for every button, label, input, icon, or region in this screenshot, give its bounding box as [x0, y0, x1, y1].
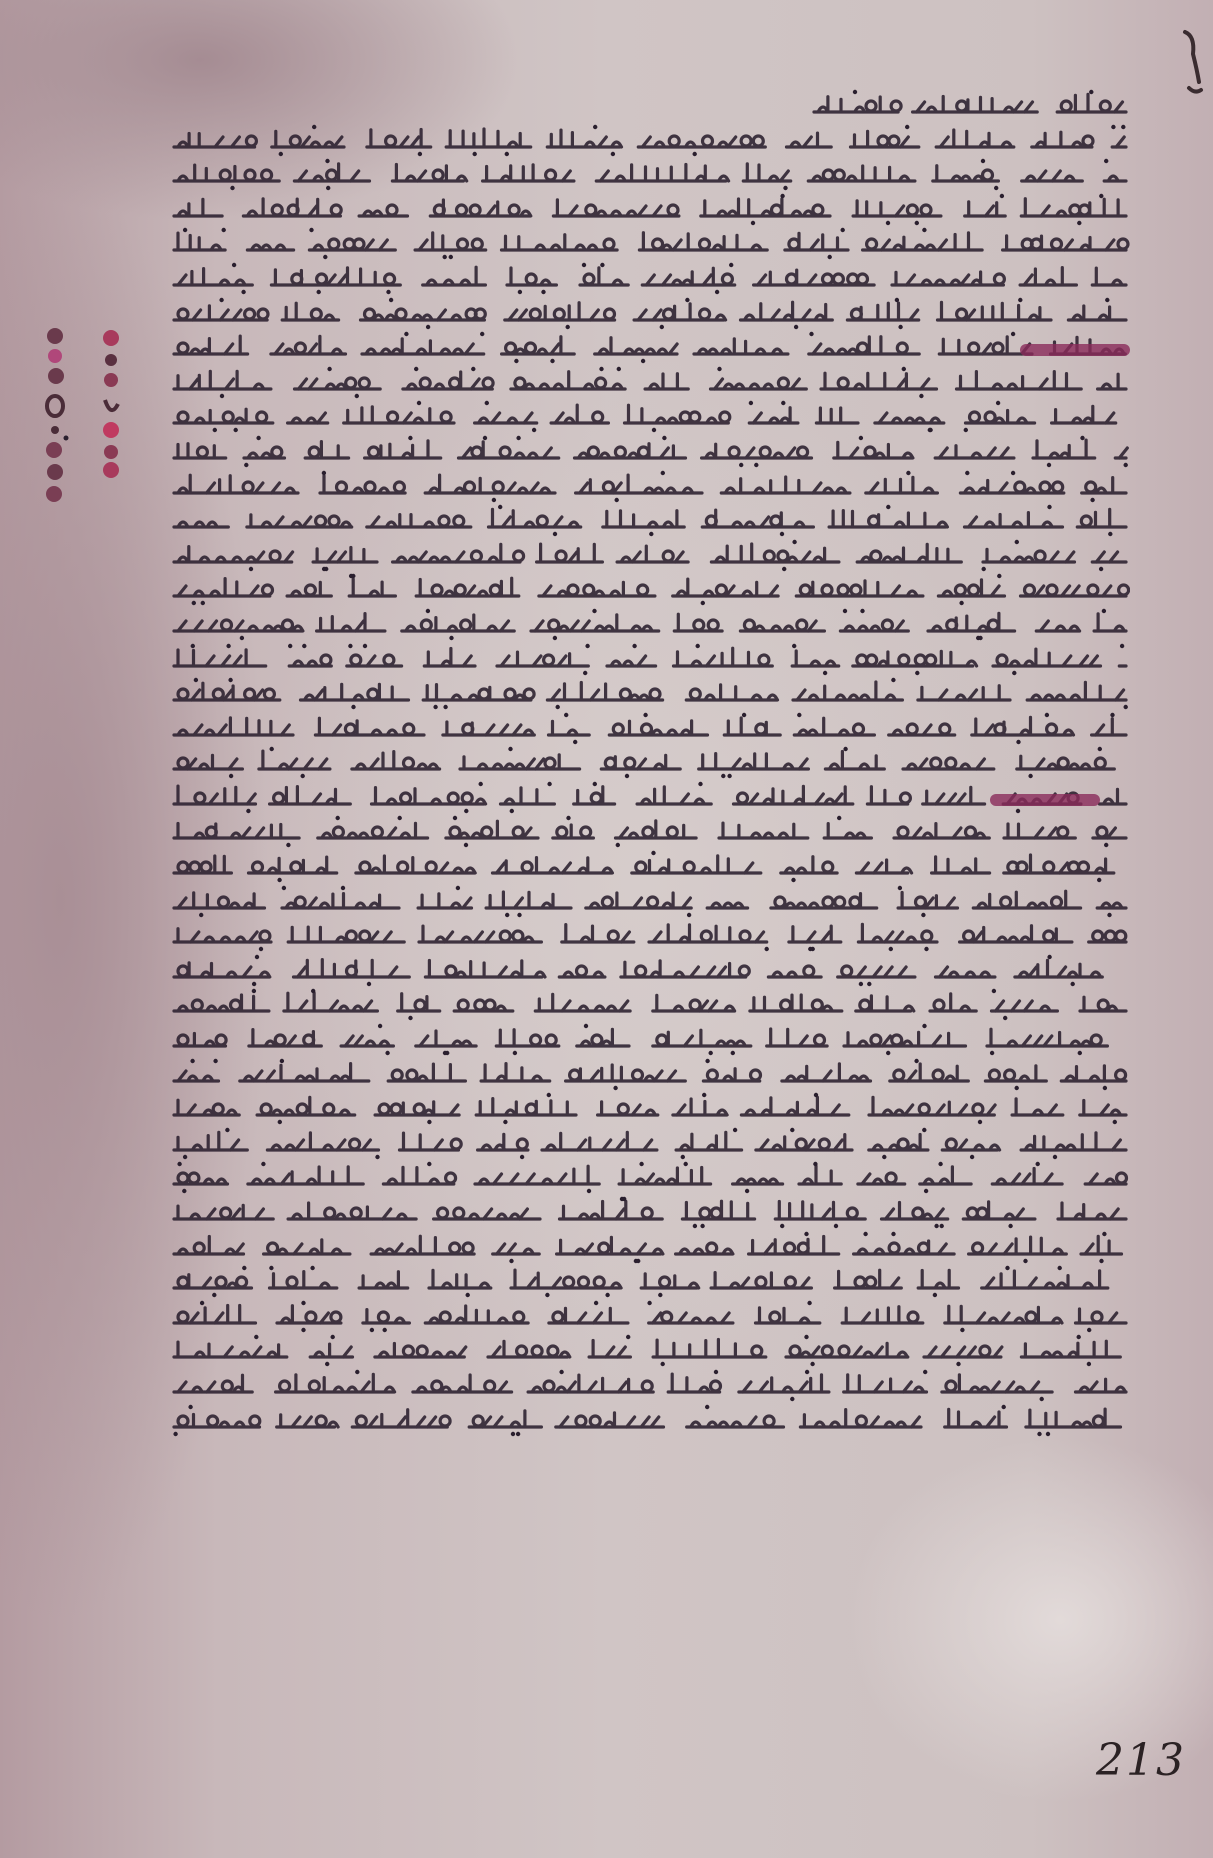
script-line [170, 884, 1130, 919]
script-glyphs [170, 261, 1130, 295]
script-line [170, 503, 1130, 538]
script-line [170, 538, 1130, 573]
script-line [170, 469, 1130, 504]
script-line [170, 1403, 1130, 1438]
script-glyphs [170, 365, 1130, 399]
script-line [170, 399, 1130, 434]
script-glyphs [170, 1160, 1130, 1194]
script-line [170, 123, 1130, 158]
marginal-note-right [96, 318, 126, 518]
script-glyphs [170, 918, 1130, 952]
script-glyphs [170, 1403, 1130, 1437]
script-line [170, 226, 1130, 261]
script-glyphs [170, 1022, 1130, 1056]
script-line [170, 1299, 1130, 1334]
script-glyphs [170, 1230, 1130, 1264]
script-glyphs [170, 1333, 1130, 1367]
script-glyphs [170, 226, 1130, 260]
folio-number: 213 [1096, 1735, 1186, 1786]
script-line [170, 953, 1130, 988]
script-line [170, 330, 1130, 365]
rubric-mark [1020, 344, 1130, 356]
script-glyphs [170, 157, 1130, 191]
script-line [170, 296, 1130, 331]
script-glyphs [170, 434, 1130, 468]
script-line [170, 434, 1130, 469]
script-glyphs [170, 1299, 1130, 1333]
script-line [170, 780, 1130, 815]
script-glyphs [170, 1057, 1130, 1091]
script-line [170, 849, 1130, 884]
script-glyphs [170, 399, 1130, 433]
script-line [170, 1091, 1130, 1126]
script-line [170, 1022, 1130, 1057]
script-glyphs [170, 814, 1130, 848]
script-line [170, 1057, 1130, 1092]
script-line [170, 192, 1130, 227]
script-glyphs [170, 503, 1130, 537]
script-line [170, 711, 1130, 746]
script-line [170, 88, 1130, 123]
script-line [170, 987, 1130, 1022]
script-line [170, 261, 1130, 296]
script-glyphs [170, 711, 1130, 745]
script-line [170, 157, 1130, 192]
top-margin-mark [1177, 10, 1207, 100]
script-glyphs [170, 123, 1130, 157]
script-line [170, 1230, 1130, 1265]
script-glyphs [170, 572, 1130, 606]
marginal-note-left [40, 318, 70, 518]
rubric-mark [990, 794, 1100, 806]
script-line [170, 1264, 1130, 1299]
script-line [170, 676, 1130, 711]
script-line [170, 745, 1130, 780]
script-glyphs [170, 1368, 1130, 1402]
script-glyphs [170, 330, 1130, 364]
script-glyphs [170, 1195, 1130, 1229]
manuscript-text-block [170, 88, 1130, 1437]
script-line [170, 1126, 1130, 1161]
manuscript-page: 213 [0, 0, 1213, 1858]
script-glyphs [170, 849, 1130, 883]
script-glyphs [170, 676, 1130, 710]
script-line [170, 607, 1130, 642]
script-line [170, 1195, 1130, 1230]
script-glyphs [170, 642, 1130, 676]
script-line [170, 572, 1130, 607]
script-line [170, 642, 1130, 677]
script-glyphs [810, 88, 1130, 122]
script-glyphs [170, 953, 1130, 987]
script-glyphs [170, 607, 1130, 641]
script-line [170, 365, 1130, 400]
script-glyphs [170, 1126, 1130, 1160]
script-glyphs [170, 1091, 1130, 1125]
script-glyphs [170, 296, 1130, 330]
script-glyphs [170, 987, 1130, 1021]
script-glyphs [170, 780, 1130, 814]
script-line [170, 814, 1130, 849]
script-line [170, 918, 1130, 953]
script-glyphs [170, 884, 1130, 918]
script-line [170, 1368, 1130, 1403]
script-glyphs [170, 1264, 1130, 1298]
script-glyphs [170, 192, 1130, 226]
script-glyphs [170, 469, 1130, 503]
script-line [170, 1333, 1130, 1368]
script-glyphs [170, 538, 1130, 572]
script-glyphs [170, 745, 1130, 779]
script-line [170, 1160, 1130, 1195]
